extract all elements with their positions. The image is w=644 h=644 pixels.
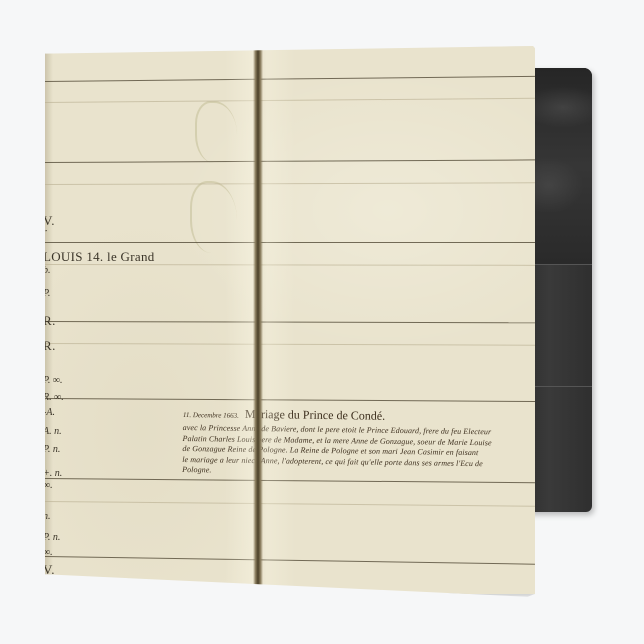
row-label: P. ∞. xyxy=(45,376,62,386)
row-label: ∞. xyxy=(45,481,53,491)
row-label: r xyxy=(45,228,47,238)
row-label: P. n. xyxy=(45,533,60,543)
row-label: P. n. xyxy=(45,445,60,455)
row-label: R. xyxy=(45,314,56,327)
row-label: ∞. xyxy=(45,548,53,558)
row-label-louis-xiv: LOUIS 14. le Grand xyxy=(45,250,155,263)
row-label: R. ∞. xyxy=(45,393,64,403)
row-label: +. n. xyxy=(45,469,62,479)
row-label: b. xyxy=(45,266,51,276)
row-label: R. xyxy=(45,339,56,352)
row-label: n. xyxy=(45,512,51,522)
center-fold xyxy=(253,46,263,594)
row-label: -A. xyxy=(45,408,55,418)
product-mockup-stage: V. r LOUIS 14. le Grand b. P. R. R. P. ∞… xyxy=(0,0,644,644)
row-label: V. xyxy=(45,214,55,227)
binder-cover: V. r LOUIS 14. le Grand b. P. R. R. P. ∞… xyxy=(45,46,535,594)
row-label: P. xyxy=(45,289,50,299)
row-label: A. n. xyxy=(45,427,62,437)
row-label: V. xyxy=(45,563,55,576)
